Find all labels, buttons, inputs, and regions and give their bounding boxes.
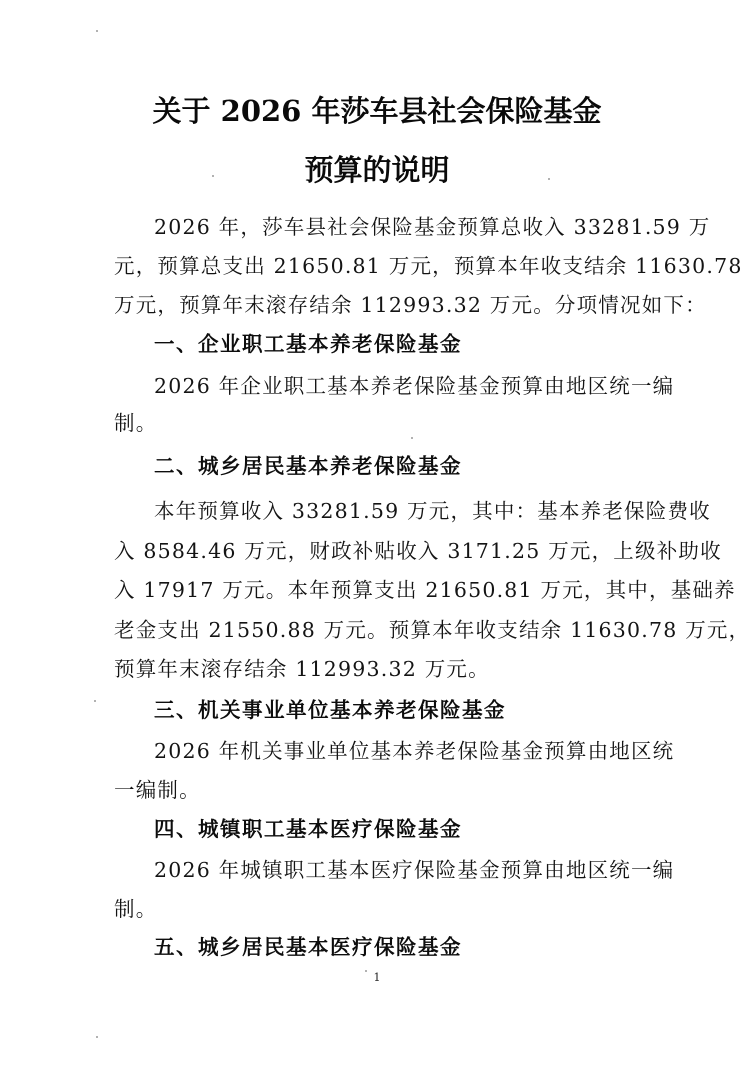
section-heading-5: 五、城乡居民基本医疗保险基金	[154, 930, 462, 960]
scan-speck	[365, 970, 367, 972]
section-2-line-4: 老金支出 21550.88 万元。预算本年收支结余 11630.78 万元，	[114, 613, 750, 643]
section-2-line-1: 本年预算收入 33281.59 万元，其中：基本养老保险费收	[154, 494, 711, 524]
section-3-line-1: 2026 年机关事业单位基本养老保险基金预算由地区统	[154, 734, 674, 764]
section-2-line-3: 入 17917 万元。本年预算支出 21650.81 万元，其中，基础养	[114, 573, 736, 603]
section-heading-3: 三、机关事业单位基本养老保险基金	[154, 693, 506, 723]
section-4-line-1: 2026 年城镇职工基本医疗保险基金预算由地区统一编	[154, 853, 674, 883]
section-3-line-2: 一编制。	[114, 773, 201, 803]
section-4-line-2: 制。	[114, 892, 157, 922]
page-number: 1	[0, 971, 754, 984]
section-heading-2: 二、城乡居民基本养老保险基金	[154, 449, 462, 479]
document-page: 关于 2026 年莎车县社会保险基金 预算的说明 2026 年，莎车县社会保险基…	[0, 0, 754, 1067]
intro-paragraph-line-2: 元，预算总支出 21650.81 万元，预算本年收支结余 11630.78	[114, 249, 743, 279]
document-title-line-2: 预算的说明	[0, 148, 754, 189]
scan-speck	[94, 700, 96, 702]
section-1-line-1: 2026 年企业职工基本养老保险基金预算由地区统一编	[154, 369, 674, 399]
section-heading-4: 四、城镇职工基本医疗保险基金	[154, 812, 462, 842]
section-heading-1: 一、企业职工基本养老保险基金	[154, 327, 462, 357]
section-1-line-2: 制。	[114, 406, 157, 436]
scan-speck	[212, 175, 214, 177]
section-2-line-5: 预算年末滚存结余 112993.32 万元。	[114, 652, 490, 682]
scan-speck	[411, 437, 413, 439]
document-title-line-1: 关于 2026 年莎车县社会保险基金	[0, 89, 754, 130]
scan-speck	[96, 1036, 98, 1038]
scan-speck	[548, 178, 550, 180]
section-2-line-2: 入 8584.46 万元，财政补贴收入 3171.25 万元，上级补助收	[114, 534, 722, 564]
intro-paragraph-line-1: 2026 年，莎车县社会保险基金预算总收入 33281.59 万	[154, 210, 710, 240]
scan-speck	[96, 30, 98, 32]
intro-paragraph-line-3: 万元，预算年末滚存结余 112993.32 万元。分项情况如下：	[114, 288, 707, 318]
